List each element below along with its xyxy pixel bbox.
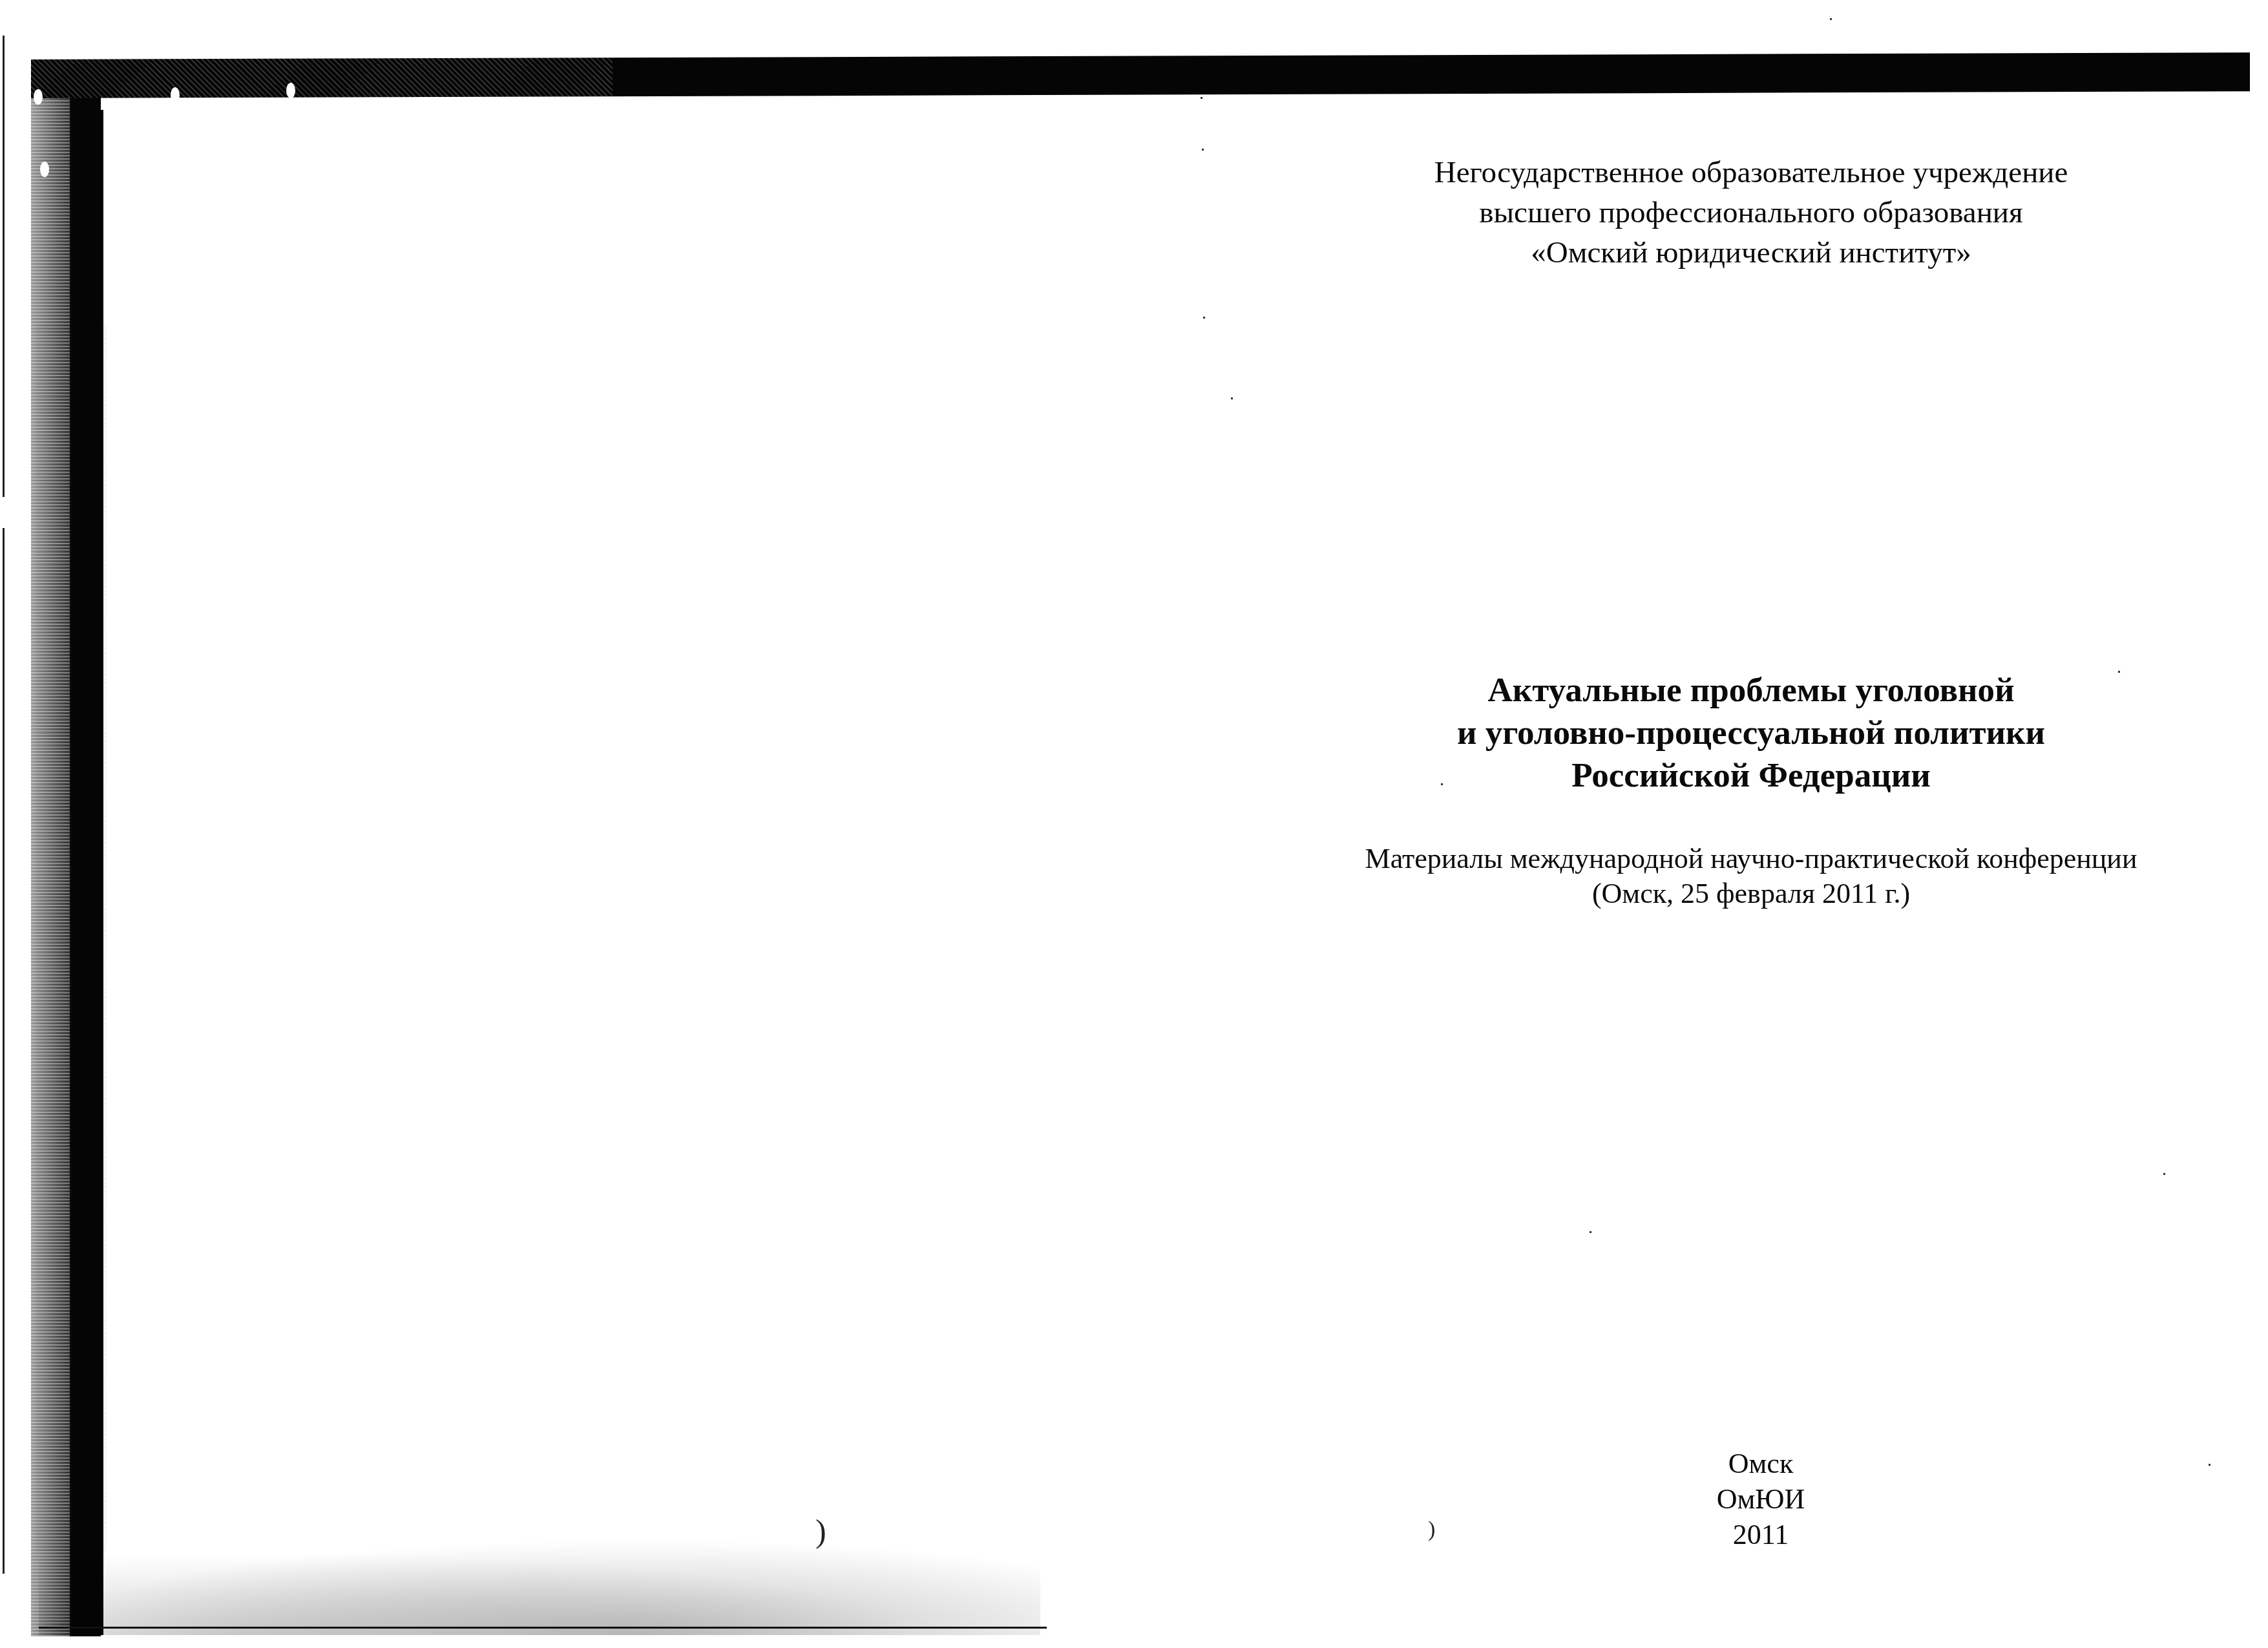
institution-line: Негосударственное образовательное учрежд… bbox=[1228, 153, 2268, 193]
scan-speck bbox=[2209, 1464, 2210, 1466]
scan-speck bbox=[1203, 317, 1205, 319]
scan-edge-line bbox=[3, 36, 5, 1574]
subtitle-line: (Омск, 25 февраля 2011 г.) bbox=[1228, 876, 2268, 911]
title-line: и уголовно-процессуальной политики bbox=[1228, 712, 2268, 754]
scan-speck bbox=[1231, 397, 1233, 399]
scan-speck bbox=[2118, 671, 2120, 673]
scan-speck bbox=[1441, 783, 1443, 785]
scan-speck bbox=[1590, 1231, 1591, 1233]
punch-hole bbox=[40, 162, 49, 177]
book-title: Актуальные проблемы уголовной и уголовно… bbox=[1228, 669, 2268, 797]
punch-hole bbox=[171, 87, 180, 103]
scan-noise bbox=[31, 58, 613, 98]
bottom-rule bbox=[39, 1627, 1047, 1629]
stray-mark: ) bbox=[1428, 1517, 1435, 1542]
institution-heading: Негосударственное образовательное учрежд… bbox=[1228, 153, 2268, 273]
scan-speck bbox=[1830, 18, 1832, 20]
imprint: Омск ОмЮИ 2011 bbox=[1651, 1446, 1871, 1552]
scan-speck bbox=[1202, 149, 1204, 151]
institution-line: высшего профессионального образования bbox=[1228, 193, 2268, 233]
institution-line: «Омский юридический институт» bbox=[1228, 233, 2268, 273]
imprint-city: Омск bbox=[1651, 1446, 1871, 1481]
subtitle-line: Материалы международной научно-практичес… bbox=[1228, 841, 2268, 876]
stray-mark: ) bbox=[815, 1512, 826, 1550]
imprint-publisher: ОмЮИ bbox=[1651, 1481, 1871, 1517]
scan-grain-left bbox=[36, 323, 107, 1551]
punch-hole bbox=[34, 89, 43, 105]
scan-grain-bottom bbox=[39, 1538, 1040, 1635]
scan-speck bbox=[2163, 1173, 2165, 1175]
punch-hole bbox=[286, 83, 295, 98]
scan-speck bbox=[1201, 97, 1202, 99]
imprint-year: 2011 bbox=[1651, 1517, 1871, 1552]
title-line: Российской Федерации bbox=[1228, 754, 2268, 797]
book-subtitle: Материалы международной научно-практичес… bbox=[1228, 841, 2268, 911]
title-line: Актуальные проблемы уголовной bbox=[1228, 669, 2268, 712]
top-border-shadow bbox=[31, 52, 2250, 98]
